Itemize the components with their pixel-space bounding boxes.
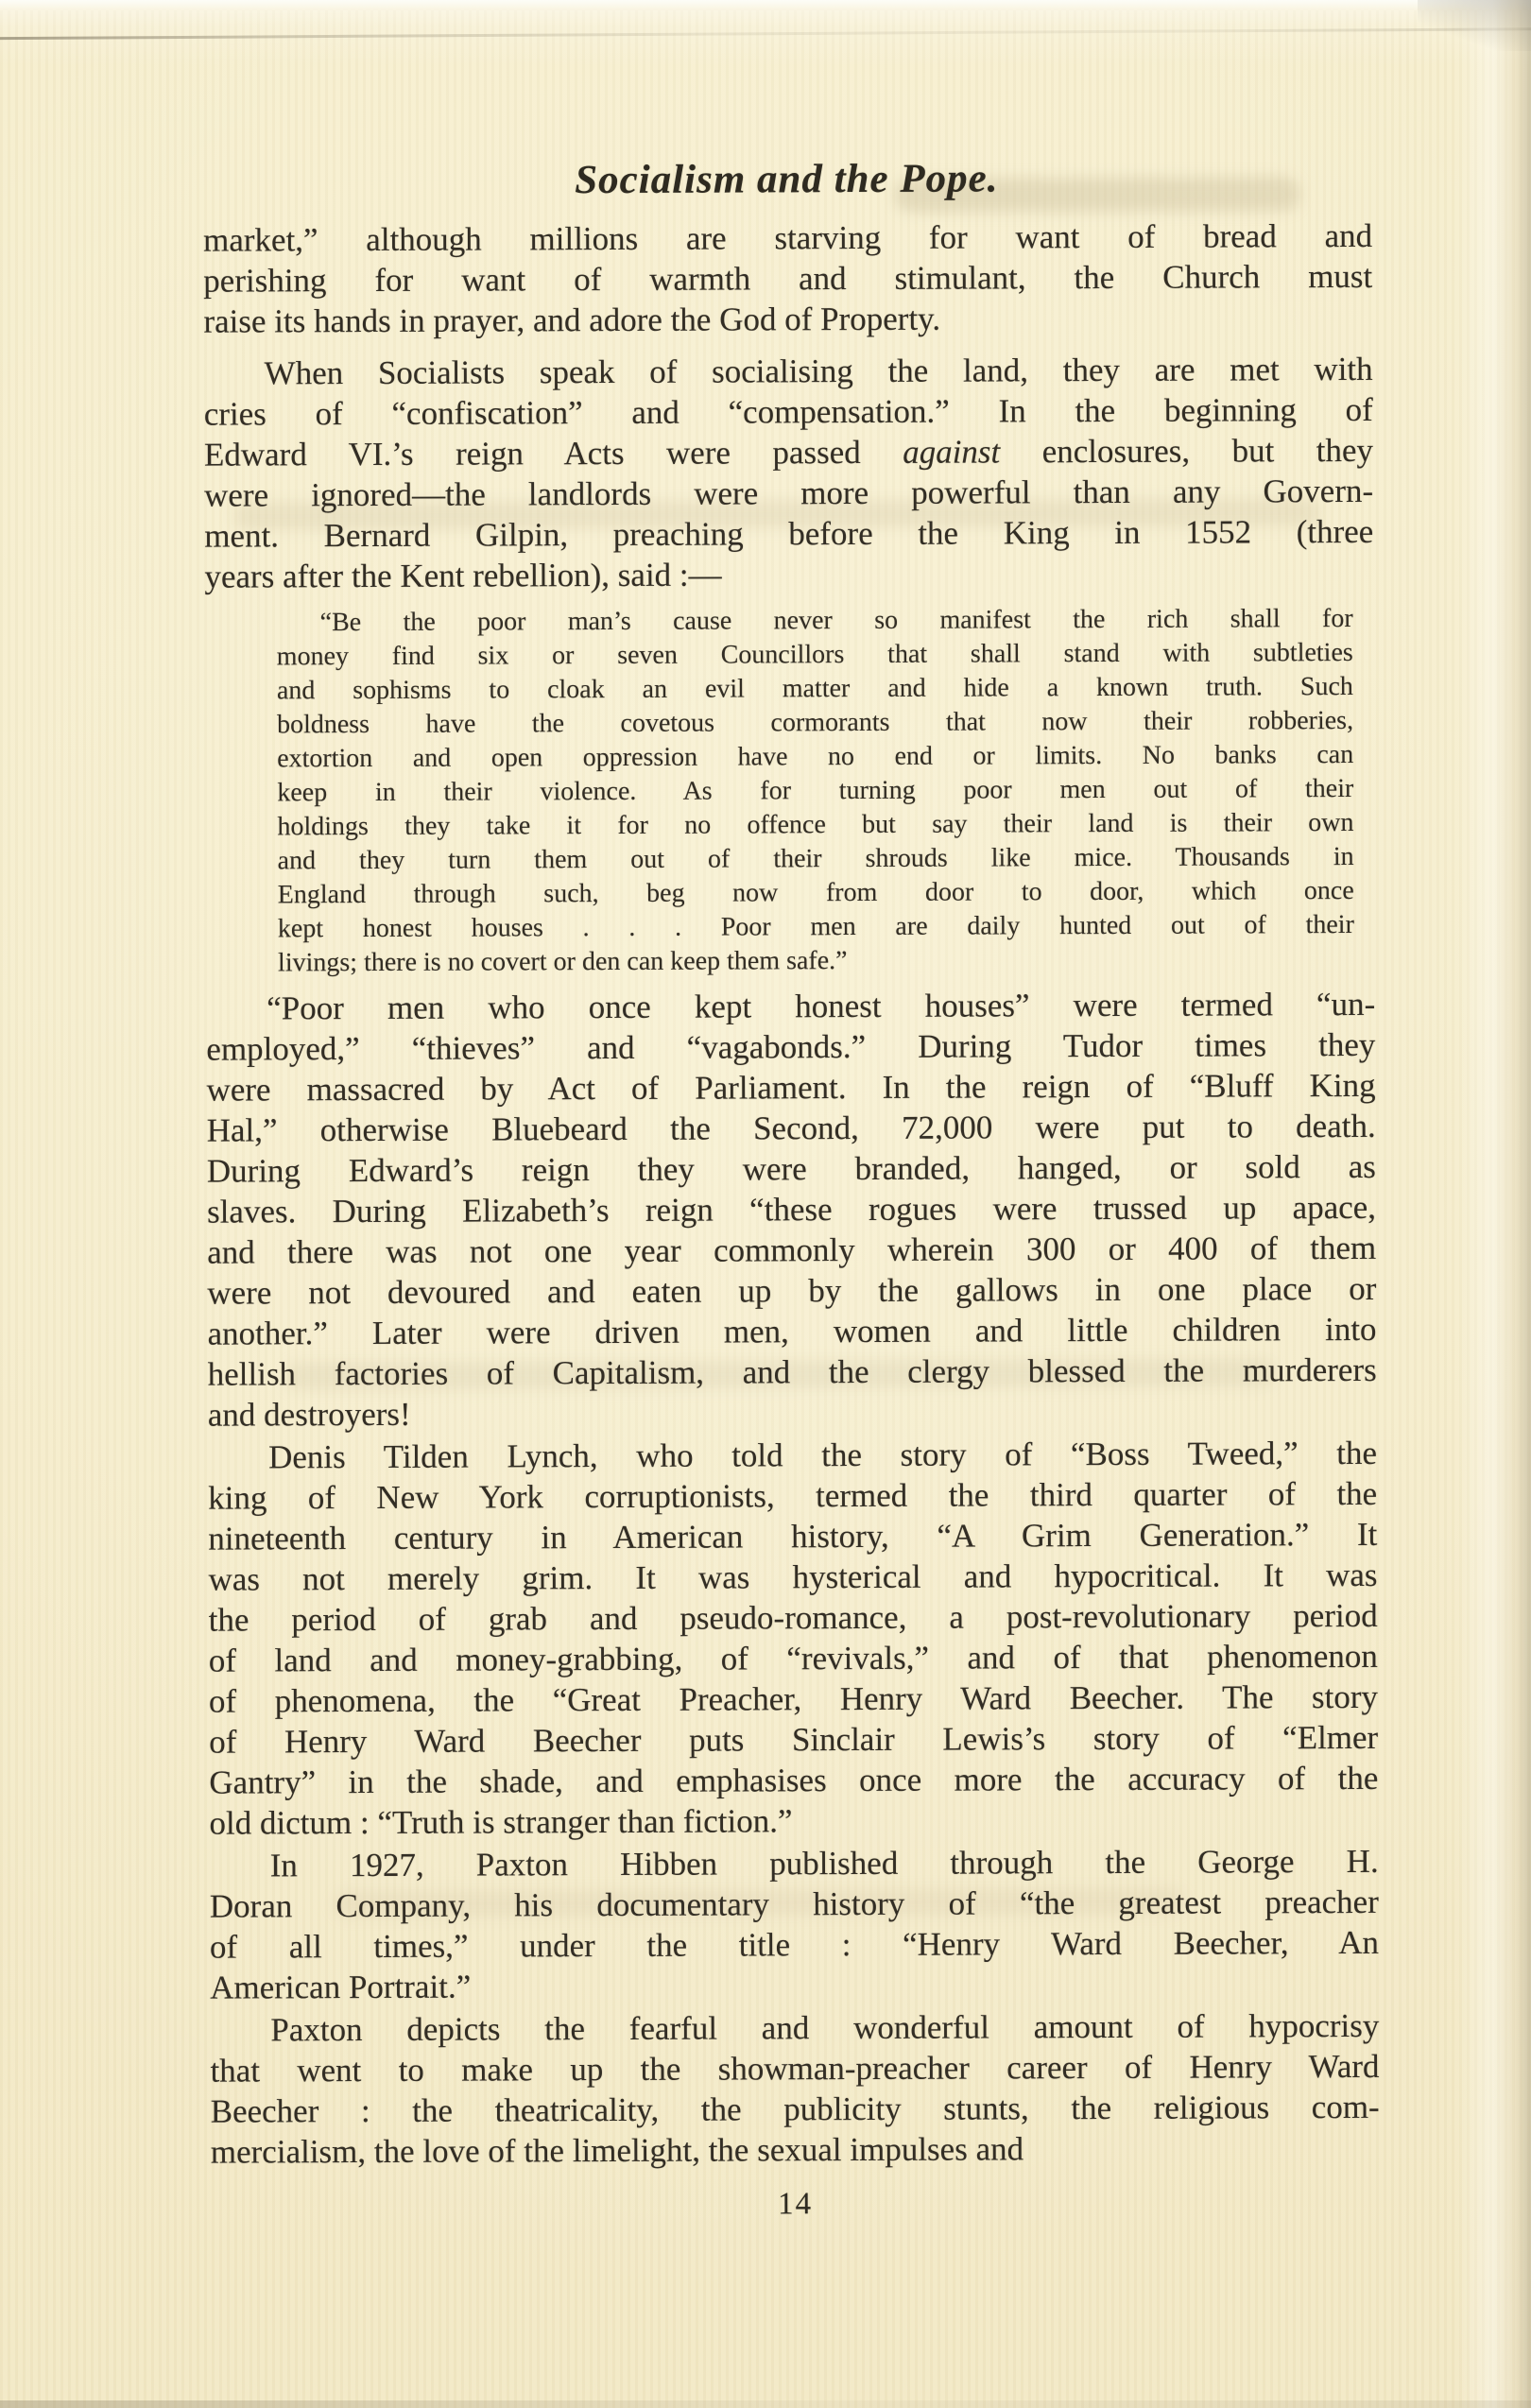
- text-line: and they turn them out of their shrouds …: [278, 840, 1354, 878]
- text-line: nineteenth century in American history, …: [208, 1514, 1377, 1559]
- text-line: livings; there is no covert or den can k…: [278, 942, 1354, 980]
- text-line: holdings they take it for no offence but…: [277, 806, 1353, 844]
- paragraph: Denis Tilden Lynch, who told the story o…: [208, 1433, 1379, 1844]
- text-line: king of New York corruptionists, termed …: [208, 1473, 1377, 1519]
- text-line: and destroyers!: [208, 1390, 1377, 1436]
- text-line: years after the Kent rebellion), said :—: [204, 552, 1373, 597]
- text-line: Doran Company, his documentary history o…: [210, 1882, 1379, 1927]
- text-line: Denis Tilden Lynch, who told the story o…: [208, 1433, 1377, 1478]
- scan-edge-right-corner: [1418, 0, 1531, 51]
- text-line: money find six or seven Councillors that…: [277, 636, 1353, 674]
- page-number: 14: [778, 2187, 813, 2221]
- text-line: of all times,” under the title : “Henry …: [210, 1922, 1379, 1968]
- text-line: raise its hands in prayer, and adore the…: [203, 297, 1372, 342]
- paragraph: Paxton depicts the fearful and wonderful…: [210, 2005, 1380, 2173]
- text-line: American Portrait.”: [210, 1963, 1379, 2008]
- text-line: “Be the poor man’s cause never so manife…: [277, 602, 1353, 640]
- text-line: old dictum : “Truth is stranger than fic…: [209, 1798, 1378, 1844]
- block-quote: “Be the poor man’s cause never so manife…: [277, 602, 1355, 980]
- text-line: mercialism, the love of the limelight, t…: [211, 2127, 1380, 2173]
- text-line: another.” Later were driven men, women a…: [207, 1309, 1376, 1354]
- scan-edge-bottom: [0, 2400, 1531, 2408]
- italic-word: against: [903, 433, 1000, 470]
- page-title: Socialism and the Pope.: [575, 156, 998, 202]
- text-line: of land and money-grabbing, of “revivals…: [209, 1636, 1378, 1681]
- text-line: that went to make up the showman-preache…: [210, 2046, 1379, 2091]
- text-line: kept honest houses . . . Poor men are da…: [278, 908, 1354, 946]
- paragraph: “Poor men who once kept honest houses” w…: [206, 984, 1377, 1436]
- text-line: were massacred by Act of Parliament. In …: [206, 1065, 1375, 1110]
- page-body: Socialism and the Pope. market,” althoug…: [0, 0, 1531, 2408]
- text-line: was not merely grim. It was hysterical a…: [208, 1555, 1377, 1600]
- text-line: When Socialists speak of socialising the…: [204, 349, 1373, 394]
- text-line: Paxton depicts the fearful and wonderful…: [210, 2005, 1379, 2051]
- running-head: Socialism and the Pope.: [203, 154, 1370, 205]
- text-line: extortion and open oppression have no en…: [277, 738, 1353, 776]
- text-line: the period of grab and pseudo-romance, a…: [209, 1595, 1378, 1641]
- paragraph: When Socialists speak of socialising the…: [204, 349, 1374, 597]
- text-line: perishing for want of warmth and stimula…: [203, 256, 1372, 301]
- text-line: keep in their violence. As for turning p…: [277, 772, 1353, 810]
- text-line: of phenomena, the “Great Preacher, Henry…: [209, 1677, 1378, 1722]
- text-line: Beecher : the theatricality, the publici…: [211, 2087, 1380, 2132]
- text-line: cries of “confiscation” and “compensatio…: [204, 389, 1373, 435]
- text-line: England through such, beg now from door …: [278, 874, 1354, 912]
- text-line: In 1927, Paxton Hibben published through…: [210, 1841, 1379, 1886]
- paragraph: In 1927, Paxton Hibben published through…: [210, 1841, 1380, 2008]
- page-footer: 14: [211, 2185, 1380, 2225]
- text-line: market,” although millions are starving …: [203, 215, 1372, 261]
- text-line: Edward VI.’s reign Acts were passed agai…: [204, 430, 1373, 475]
- text-line: During Edward’s reign they were branded,…: [207, 1146, 1376, 1192]
- scan-edge-top: [0, 0, 1531, 10]
- text-line: boldness have the covetous cormorants th…: [277, 704, 1353, 742]
- text-block: market,” although millions are starving …: [203, 215, 1380, 2225]
- scan-edge-right: [1457, 0, 1531, 2408]
- scanned-book-page: Socialism and the Pope. market,” althoug…: [0, 0, 1531, 2408]
- text-line: ment. Bernard Gilpin, preaching before t…: [204, 511, 1373, 557]
- paragraph: market,” although millions are starving …: [203, 215, 1372, 342]
- text-line: employed,” “thieves” and “vagabonds.” Du…: [206, 1024, 1375, 1070]
- text-line: and there was not one year commonly wher…: [207, 1228, 1376, 1273]
- text-line: and sophisms to cloak an evil matter and…: [277, 670, 1353, 708]
- text-line: Hal,” otherwise Bluebeard the Second, 72…: [207, 1106, 1376, 1151]
- text-line: slaves. During Elizabeth’s reign “these …: [207, 1187, 1376, 1232]
- text-line: were ignored—the landlords were more pow…: [204, 471, 1373, 516]
- text-line: of Henry Ward Beecher puts Sinclair Lewi…: [209, 1717, 1378, 1763]
- text-line: hellish factories of Capitalism, and the…: [208, 1350, 1377, 1395]
- text-line: “Poor men who once kept honest houses” w…: [206, 984, 1375, 1029]
- text-line: were not devoured and eaten up by the ga…: [207, 1268, 1376, 1314]
- text-line: Gantry” in the shade, and emphasises onc…: [209, 1758, 1378, 1803]
